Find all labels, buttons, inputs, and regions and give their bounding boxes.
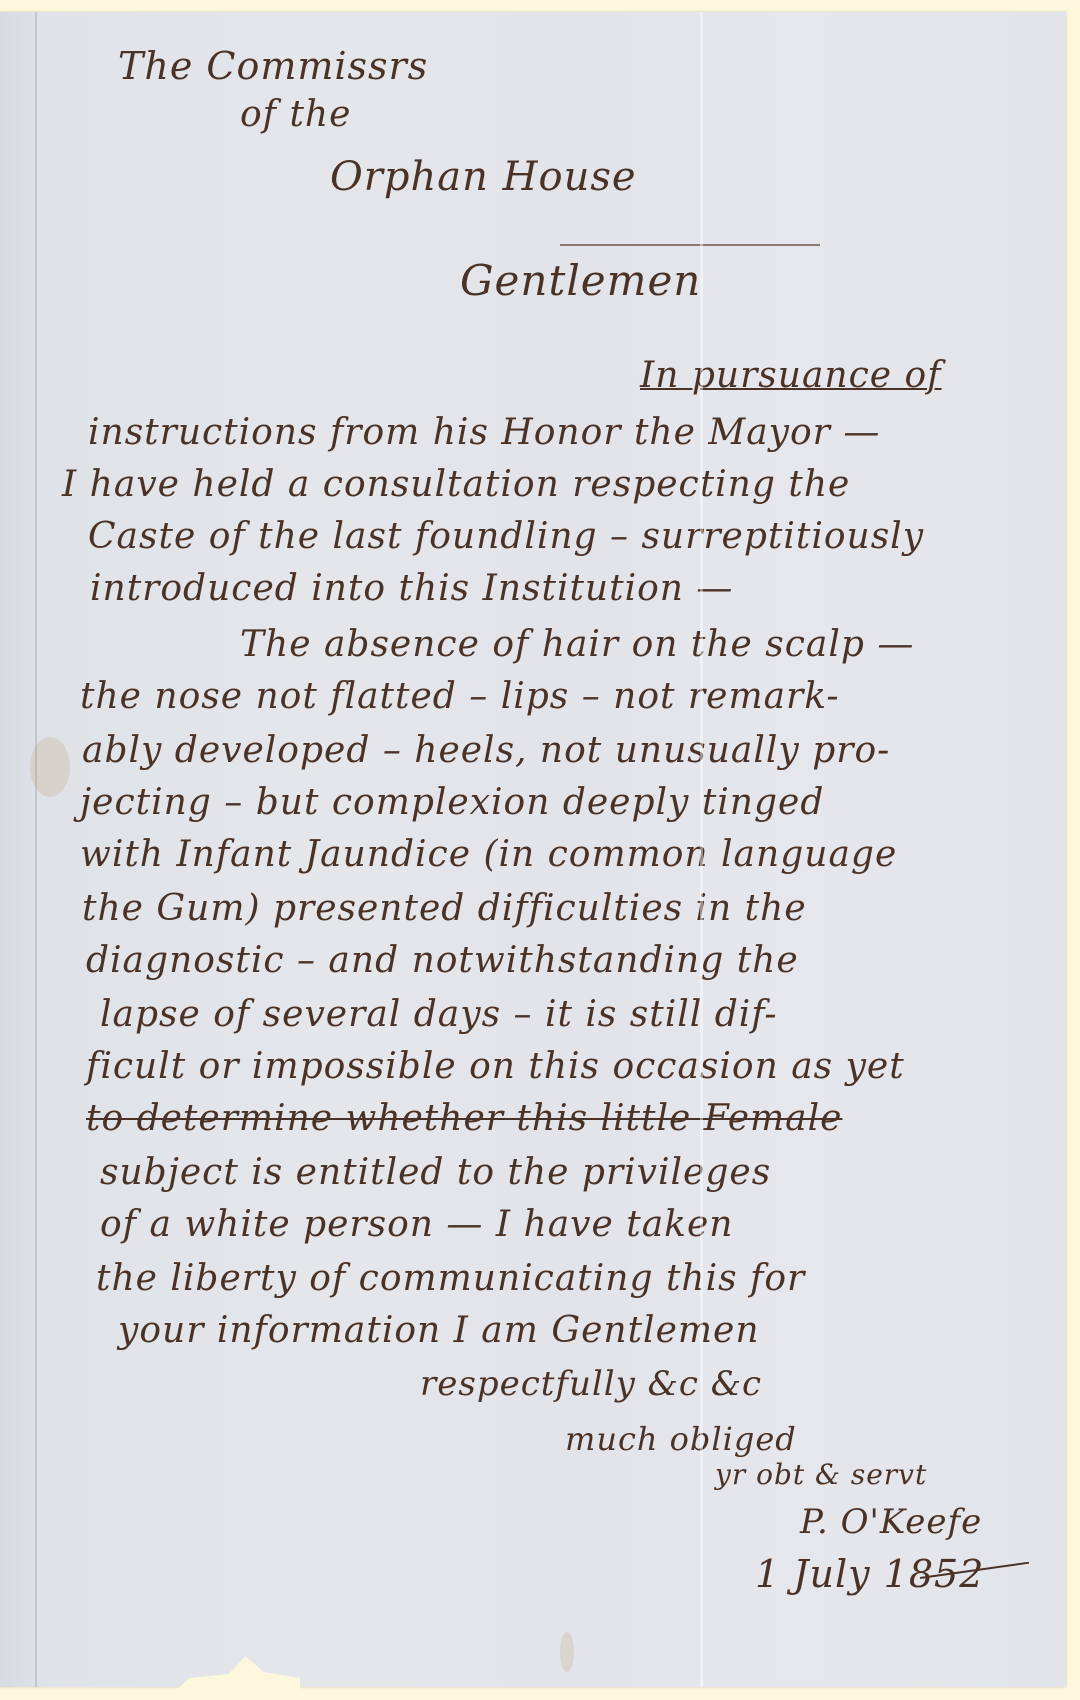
body-line-3: I have held a consultation respecting th… xyxy=(62,464,850,505)
salutation: Gentlemen xyxy=(460,256,701,305)
body-line-14: ficult or impossible on this occasion as… xyxy=(86,1046,905,1087)
body-line-17: of a white person — I have taken xyxy=(100,1204,734,1245)
body-line-5: introduced into this Institution — xyxy=(90,568,733,609)
paper-stain xyxy=(560,1632,574,1672)
salutation-rule xyxy=(560,244,820,246)
body-line-11: the Gum) presented difficulties in the xyxy=(82,888,807,929)
body-line-8: ably developed – heels, not unusually pr… xyxy=(82,730,890,771)
body-line-7: the nose not flatted – lips – not remark… xyxy=(80,676,840,717)
body-line-10: with Infant Jaundice (in common language xyxy=(80,834,897,875)
closing-line-1: respectfully &c &c xyxy=(420,1364,762,1404)
body-line-9: jecting – but complexion deeply tinged xyxy=(80,782,824,823)
body-line-16: subject is entitled to the privileges xyxy=(100,1152,771,1193)
address-line-1: The Commissrs xyxy=(118,44,428,88)
ink-stain xyxy=(30,737,70,797)
closing-line-2: much obliged xyxy=(565,1420,797,1458)
body-line-1: In pursuance of xyxy=(640,355,942,396)
body-line-12: diagnostic – and notwithstanding the xyxy=(86,940,799,981)
body-line-4: Caste of the last foundling – surreptiti… xyxy=(88,516,924,557)
signature: P. O'Keefe xyxy=(800,1502,982,1542)
closing-line-3: yr obt & servt xyxy=(715,1458,927,1491)
body-line-2: instructions from his Honor the Mayor — xyxy=(88,412,880,453)
body-line-13: lapse of several days – it is still dif- xyxy=(100,994,778,1035)
body-line-15: to determine whether this little Female xyxy=(86,1098,842,1139)
body-line-6: The absence of hair on the scalp — xyxy=(240,624,914,665)
address-line-2: of the xyxy=(240,94,351,135)
address-line-3: Orphan House xyxy=(330,154,637,200)
body-line-19: your information I am Gentlemen xyxy=(118,1310,760,1351)
body-line-18: the liberty of communicating this for xyxy=(96,1258,805,1299)
letter-page: The Commissrs of the Orphan House Gentle… xyxy=(0,12,1066,1687)
